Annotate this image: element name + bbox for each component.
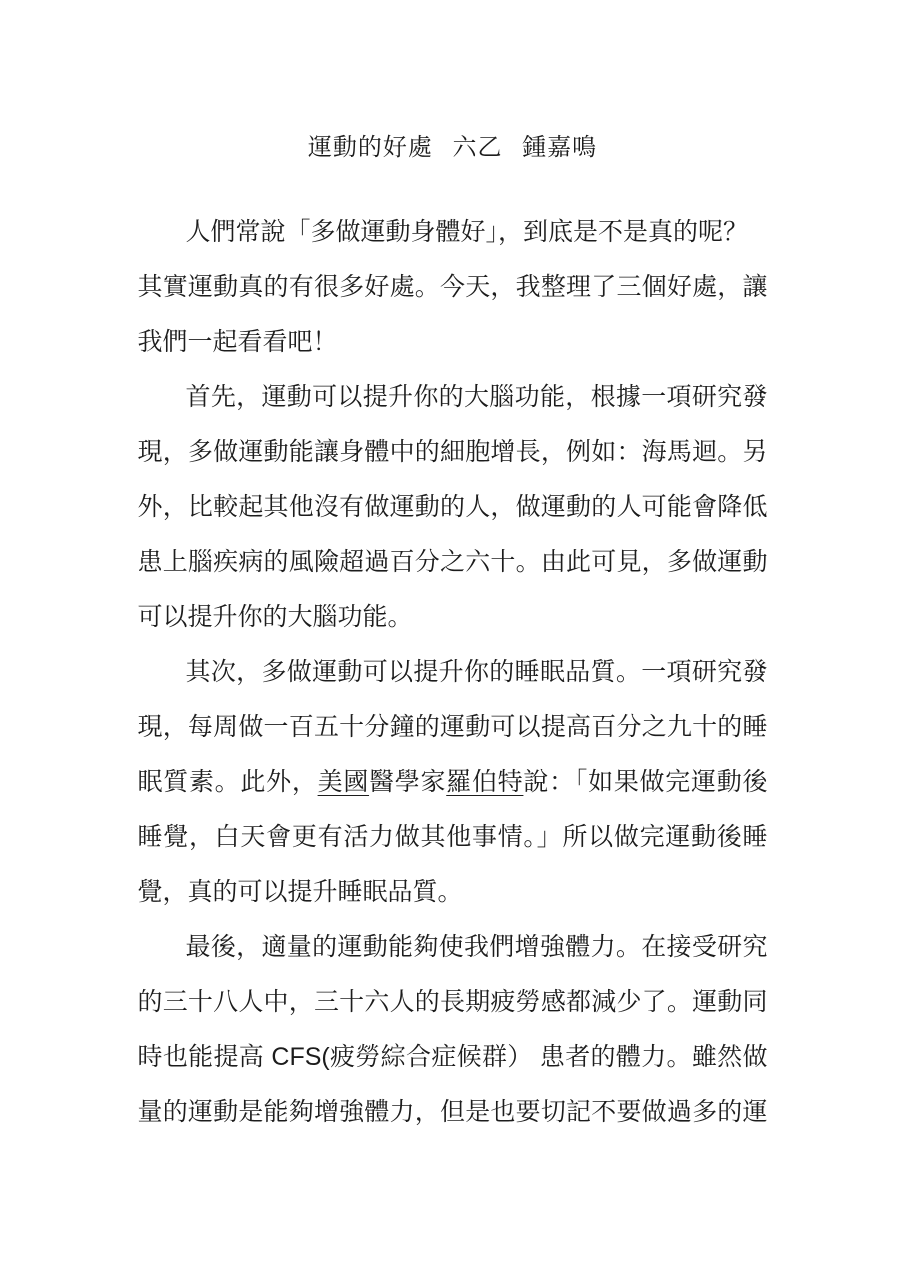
text-run: 首先，運動可以提升你的大腦功能，根據一項研究發 xyxy=(186,383,768,411)
text-run: 最後，適量的運動能夠使我們增強體力。在接受研究 xyxy=(186,933,768,961)
text-run: 覺，真的可以提升睡眠品質。 xyxy=(138,878,463,906)
text-run: 眠質素。此外， xyxy=(138,768,318,796)
text-line: 外，比較起其他沒有做運動的人，做運動的人可能會降低 xyxy=(138,480,768,535)
text-run: 說：「如果做完運動後 xyxy=(523,768,767,796)
text-run: 量的運動是能夠增強體力，但是也要切記不要做過多的運 xyxy=(138,1098,768,1126)
text-run: 人們常說「多做運動身體好」，到底是不是真的呢？ xyxy=(186,218,749,246)
paragraph: 人們常說「多做運動身體好」，到底是不是真的呢？其實運動真的有很多好處。今天，我整… xyxy=(138,205,768,370)
text-run: 外，比較起其他沒有做運動的人，做運動的人可能會降低 xyxy=(138,493,768,521)
text-line: 最後，適量的運動能夠使我們增強體力。在接受研究 xyxy=(138,920,768,975)
text-run: 我們一起看看吧！ xyxy=(138,328,338,356)
paragraph: 其次，多做運動可以提升你的睡眠品質。一項研究發現，每周做一百五十分鐘的運動可以提… xyxy=(138,645,768,920)
document-title: 運動的好處 六乙 鍾嘉鳴 xyxy=(0,130,905,166)
text-line: 時也能提高 CFS(疲勞綜合症候群） 患者的體力。雖然做適 xyxy=(138,1030,768,1085)
text-run: 現，多做運動能讓身體中的細胞增長，例如：海馬迴。另 xyxy=(138,438,768,466)
text-run: 其次，多做運動可以提升你的睡眠品質。一項研究發 xyxy=(186,658,768,686)
text-run: 可以提升你的大腦功能。 xyxy=(138,603,413,631)
document-body: 人們常說「多做運動身體好」，到底是不是真的呢？其實運動真的有很多好處。今天，我整… xyxy=(138,205,768,1140)
text-line: 其次，多做運動可以提升你的睡眠品質。一項研究發 xyxy=(138,645,768,700)
underlined-proper-noun: 美國 xyxy=(318,768,369,796)
text-line: 人們常說「多做運動身體好」，到底是不是真的呢？ xyxy=(138,205,768,260)
text-run: 的三十八人中，三十六人的長期疲勞感都減少了。運動同 xyxy=(138,988,768,1016)
text-run: 時也能提高 CFS(疲勞綜合症候群） 患者的體力。雖然做適 xyxy=(138,1043,768,1085)
underlined-proper-noun: 羅伯特 xyxy=(446,768,523,796)
paragraph: 最後，適量的運動能夠使我們增強體力。在接受研究的三十八人中，三十六人的長期疲勞感… xyxy=(138,920,768,1140)
text-line: 的三十八人中，三十六人的長期疲勞感都減少了。運動同 xyxy=(138,975,768,1030)
text-run: 其實運動真的有很多好處。今天，我整理了三個好處，讓 xyxy=(138,273,768,301)
text-line: 首先，運動可以提升你的大腦功能，根據一項研究發 xyxy=(138,370,768,425)
document-page: 運動的好處 六乙 鍾嘉鳴 人們常說「多做運動身體好」，到底是不是真的呢？其實運動… xyxy=(0,0,905,1280)
text-line: 睡覺，白天會更有活力做其他事情。」所以做完運動後睡 xyxy=(138,810,768,865)
text-line: 患上腦疾病的風險超過百分之六十。由此可見，多做運動 xyxy=(138,535,768,590)
paragraph: 首先，運動可以提升你的大腦功能，根據一項研究發現，多做運動能讓身體中的細胞增長，… xyxy=(138,370,768,645)
text-line: 現，多做運動能讓身體中的細胞增長，例如：海馬迴。另 xyxy=(138,425,768,480)
text-line: 其實運動真的有很多好處。今天，我整理了三個好處，讓 xyxy=(138,260,768,315)
text-line: 我們一起看看吧！ xyxy=(138,315,768,370)
text-line: 可以提升你的大腦功能。 xyxy=(138,590,768,645)
text-line: 覺，真的可以提升睡眠品質。 xyxy=(138,865,768,920)
text-line: 量的運動是能夠增強體力，但是也要切記不要做過多的運 xyxy=(138,1085,768,1140)
text-run: 現，每周做一百五十分鐘的運動可以提高百分之九十的睡 xyxy=(138,713,768,741)
text-line: 眠質素。此外，美國醫學家羅伯特說：「如果做完運動後 xyxy=(138,755,768,810)
text-run: 睡覺，白天會更有活力做其他事情。」所以做完運動後睡 xyxy=(138,823,768,851)
text-run: 患上腦疾病的風險超過百分之六十。由此可見，多做運動 xyxy=(138,548,768,576)
text-line: 現，每周做一百五十分鐘的運動可以提高百分之九十的睡 xyxy=(138,700,768,755)
text-run: 醫學家 xyxy=(369,768,446,796)
